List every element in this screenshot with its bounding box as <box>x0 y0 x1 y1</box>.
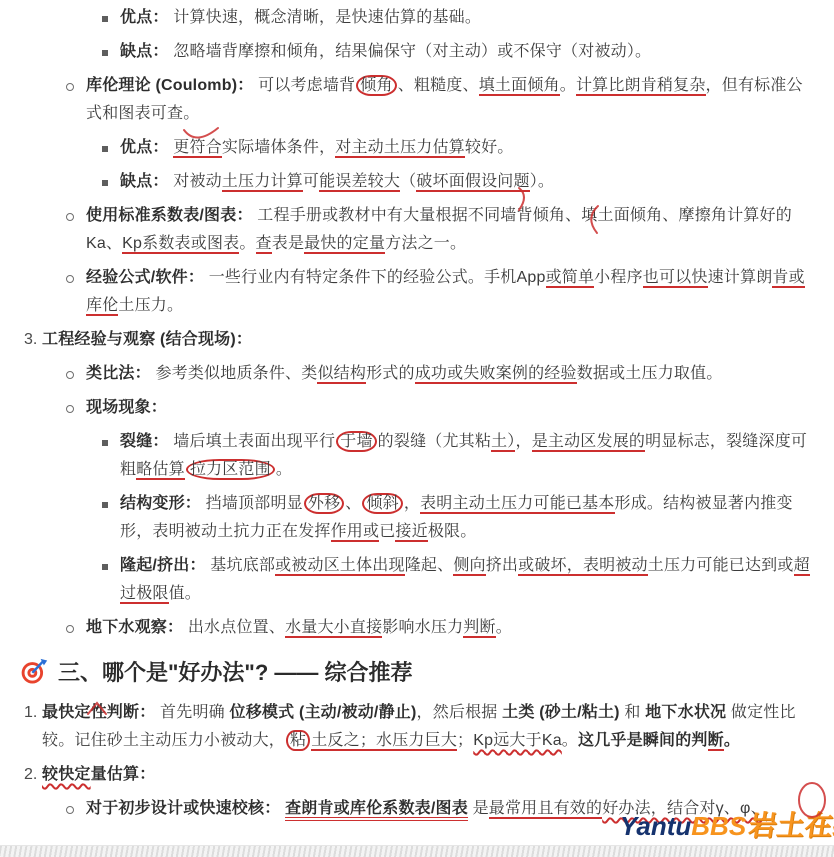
text-segment: 参考类似地质条件、类 <box>151 365 318 382</box>
text-segment: 作用或 <box>331 523 380 542</box>
circle-bullet-icon <box>66 371 74 379</box>
text-segment: 方法之一。 <box>385 235 466 252</box>
square-bullet-icon <box>102 564 108 570</box>
text-segment: 侧向 <box>453 557 485 576</box>
text-segment: 是主动区发展的 <box>532 433 645 452</box>
list-item: 3.工程经验与观察 (结合现场)： <box>0 326 834 354</box>
text-segment: 于墙 <box>336 431 376 452</box>
text-segment: 经验公式/软件： <box>86 269 204 286</box>
text-segment: 。 <box>562 732 578 749</box>
text-segment: 墙后填土表面出现平行 <box>169 433 336 450</box>
text-segment: 。 <box>560 77 576 94</box>
section-heading-text: 三、哪个是"好办法"? —— 综合推荐 <box>58 656 413 687</box>
text-segment: ， <box>515 433 531 450</box>
text-segment: 。 <box>239 235 255 252</box>
text-segment: ； <box>457 732 473 749</box>
text-segment: 形式的 <box>366 365 415 382</box>
text-segment: 结构变形： <box>120 495 201 512</box>
text-segment: ，然后根据 <box>417 704 503 721</box>
text-segment: Kp远大于Ka <box>473 732 562 749</box>
circle-bullet-icon <box>66 213 74 221</box>
list-number: 3. <box>24 326 42 354</box>
text-segment: 地下水状况 <box>645 704 726 721</box>
list-item: 使用标准系数表/图表： 工程手册或教材中有大量根据不同墙背倾角、填土面倾角、摩擦… <box>0 202 834 258</box>
text-segment: 土压力。 <box>118 297 183 314</box>
list-item: 优点： 计算快速，概念清晰，是快速估算的基础。 <box>0 4 834 32</box>
text-segment: 或破坏， <box>518 557 583 576</box>
text-segment: 、粗糙度、 <box>398 77 479 94</box>
paragraph: 缺点： 忽略墙背摩擦和倾角，结果偏保守（对主动）或不保守（对被动）。 <box>120 38 834 66</box>
text-segment: 可 <box>303 173 319 190</box>
text-segment: 。 <box>276 461 292 478</box>
square-bullet-icon <box>102 16 108 22</box>
text-segment: 使用标准系数表/图表： <box>86 207 253 224</box>
text-segment: 最快定性判断： <box>42 704 155 721</box>
list-item: 缺点： 对被动土压力计算可能误差较大（破坏面假设问题）。 <box>0 168 834 196</box>
text-segment: 可以考虑墙背 <box>253 77 355 94</box>
text-segment: 隆起/挤出： <box>120 557 206 574</box>
paragraph: 类比法： 参考类似地质条件、类似结构形式的成功或失败案例的经验数据或土压力取值。 <box>86 360 834 388</box>
list-number: 2. <box>24 761 42 789</box>
text-segment: 计算比朗肯稍复杂 <box>576 77 706 96</box>
text-segment: 是 <box>468 800 489 817</box>
text-segment: 优点： <box>120 139 169 156</box>
text-segment: 现场现象： <box>86 399 167 416</box>
text-segment: 挡墙顶部明显 <box>201 495 303 512</box>
list-item: 缺点： 忽略墙背摩擦和倾角，结果偏保守（对主动）或不保守（对被动）。 <box>0 38 834 66</box>
paragraph: 隆起/挤出： 基坑底部或被动区土体出现隆起、侧向挤出或破坏，表明被动土压力可能已… <box>120 552 834 608</box>
text-segment: 略估算 <box>136 461 185 480</box>
text-segment: 忽略墙背摩擦和倾角，结果偏保守（对主动）或不保守（对被动）。 <box>169 43 652 60</box>
text-segment: 已 <box>379 523 395 540</box>
square-bullet-icon <box>102 180 108 186</box>
text-segment: 土类 (砂土/粘土) <box>502 704 620 721</box>
text-segment: ）。 <box>530 173 554 190</box>
text-segment: 影响水压力 <box>382 619 463 636</box>
paragraph: 较快定量估算： <box>42 761 834 789</box>
text-segment: 首先明确 <box>155 704 229 721</box>
yantubbs-watermark: YantuBBS岩土在线 <box>620 804 834 844</box>
circle-bullet-icon <box>66 405 74 413</box>
text-segment: 。 <box>496 619 512 636</box>
text-segment: 和 <box>620 704 646 721</box>
text-segment: 值。 <box>169 585 201 602</box>
text-segment: 能误差较大 <box>319 173 400 192</box>
text-segment: 基坑底部 <box>206 557 275 574</box>
text-segment: 接近 <box>395 523 427 542</box>
text-segment: 更符合 <box>173 139 222 158</box>
text-segment: 最快的定量 <box>304 235 385 254</box>
section-heading: 三、哪个是"好办法"? —— 综合推荐 <box>0 656 834 687</box>
text-segment: 工程经验与观察 (结合现场)： <box>42 331 252 348</box>
text-segment: 量估算： <box>91 766 156 783</box>
text-segment: 最常用且有效的 <box>489 800 602 819</box>
paragraph: 结构变形： 挡墙顶部明显外移、倾斜，表明主动土压力可能已基本形成。结构被显著内推… <box>120 490 834 546</box>
list-item: 类比法： 参考类似地质条件、类似结构形式的成功或失败案例的经验数据或土压力取值。 <box>0 360 834 388</box>
list-number: 1. <box>24 699 42 727</box>
list-item: 结构变形： 挡墙顶部明显外移、倾斜，表明主动土压力可能已基本形成。结构被显著内推… <box>0 490 834 546</box>
text-segment: 或简单 <box>546 269 595 288</box>
text-segment: 土） <box>491 433 515 452</box>
text-segment: Kp系数表或图表 <box>122 235 239 254</box>
text-segment: 类比法： <box>86 365 151 382</box>
bottom-stripe-band <box>0 845 834 857</box>
dart-target-icon <box>20 658 48 686</box>
text-segment: 。 <box>724 732 740 749</box>
text-segment: 表明被动 <box>583 557 648 576</box>
text-segment: 水压力巨大 <box>376 732 457 751</box>
list-item: 优点： 更符合实际墙体条件，对主动土压力估算较好。 <box>0 134 834 162</box>
text-segment: 较快定 <box>42 766 91 783</box>
circle-bullet-icon <box>66 275 74 283</box>
text-segment: 挤出 <box>486 557 518 574</box>
text-segment: 较好。 <box>465 139 514 156</box>
text-segment: 位移模式 (主动/被动/静止) <box>230 704 417 721</box>
watermark-cn: 岩土在线 <box>746 804 834 844</box>
text-segment: 的裂缝（尤其粘 <box>378 433 491 450</box>
text-segment: 土压力可能已达到或 <box>648 557 794 574</box>
circle-bullet-icon <box>66 625 74 633</box>
paragraph: 工程经验与观察 (结合现场)： <box>42 326 834 354</box>
text-segment: 一些行业内有特定条件下的经验公式。手机App <box>204 269 546 286</box>
text-segment: 查朗肯或库伦系数表/图表 <box>285 800 468 821</box>
text-segment: 这几乎是瞬间的判 <box>578 732 708 749</box>
watermark-yantu: Yantu <box>620 811 691 842</box>
text-segment: 成功或失败案例的经验 <box>415 365 577 384</box>
text-segment: 土反之； <box>311 732 376 751</box>
text-segment: 表是 <box>272 235 304 252</box>
text-segment: 优点： <box>120 9 169 26</box>
list-item: 经验公式/软件： 一些行业内有特定条件下的经验公式。手机App或简单小程序也可以… <box>0 264 834 320</box>
text-segment: 数据或土压力取值。 <box>577 365 723 382</box>
paragraph: 经验公式/软件： 一些行业内有特定条件下的经验公式。手机App或简单小程序也可以… <box>86 264 834 320</box>
square-bullet-icon <box>102 146 108 152</box>
text-segment: 对于初步设计或快速校核： <box>86 800 280 817</box>
text-segment: 填土面倾角 <box>479 77 560 96</box>
document-body: 优点： 计算快速，概念清晰，是快速估算的基础。缺点： 忽略墙背摩擦和倾角，结果偏… <box>0 4 834 829</box>
text-segment: 倾角 <box>356 75 396 96</box>
paragraph: 缺点： 对被动土压力计算可能误差较大（破坏面假设问题）。 <box>120 168 834 196</box>
text-segment: 破坏面假设问题 <box>416 173 529 192</box>
list-item: 库伦理论 (Coulomb)： 可以考虑墙背倾角、粗糙度、填土面倾角。计算比朗肯… <box>0 72 834 128</box>
text-segment: 对主动土压力估算 <box>335 139 465 158</box>
text-segment: 似结构 <box>317 365 366 384</box>
text-segment: 土压力计算 <box>222 173 303 192</box>
text-segment: （ <box>400 173 416 190</box>
text-segment: 缺点： <box>120 43 169 60</box>
circle-bullet-icon <box>66 83 74 91</box>
text-segment: 表明主动土压力可能已基本 <box>420 495 614 514</box>
paragraph: 裂缝： 墙后填土表面出现平行于墙的裂缝（尤其粘土），是主动区发展的明显标志，裂缝… <box>120 428 834 484</box>
text-segment: 也可以快 <box>643 269 708 288</box>
text-segment: 极限。 <box>428 523 477 540</box>
text-segment: 缺点： <box>120 173 169 190</box>
square-bullet-icon <box>102 50 108 56</box>
paragraph: 现场现象： <box>86 394 834 422</box>
text-segment: 粘 <box>286 730 310 751</box>
text-segment: 小程序 <box>594 269 643 286</box>
text-segment: 对被动 <box>169 173 222 190</box>
paragraph: 地下水观察： 出水点位置、水量大小直接影响水压力判断。 <box>86 614 834 642</box>
text-segment: 实际墙体条件， <box>222 139 335 156</box>
text-segment: 地下水观察： <box>86 619 183 636</box>
text-segment: 水量大小直接 <box>285 619 382 638</box>
paragraph: 使用标准系数表/图表： 工程手册或教材中有大量根据不同墙背倾角、填土面倾角、摩擦… <box>86 202 834 258</box>
square-bullet-icon <box>102 502 108 508</box>
paragraph: 优点： 计算快速，概念清晰，是快速估算的基础。 <box>120 4 834 32</box>
paragraph: 库伦理论 (Coulomb)： 可以考虑墙背倾角、粗糙度、填土面倾角。计算比朗肯… <box>86 72 834 128</box>
square-bullet-icon <box>102 440 108 446</box>
text-segment: 查 <box>256 235 272 254</box>
text-segment: ， <box>404 495 420 512</box>
paragraph: 最快定性判断： 首先明确 位移模式 (主动/被动/静止)，然后根据 土类 (砂土… <box>42 699 834 755</box>
text-segment: 隆起、 <box>405 557 454 574</box>
text-segment: 倾斜 <box>362 493 402 514</box>
text-segment: 外移 <box>304 493 344 514</box>
text-segment: 出水点位置、 <box>183 619 285 636</box>
text-segment: 判断 <box>463 619 495 638</box>
text-segment: 计算快速，概念清晰，是快速估算的基础。 <box>169 9 481 26</box>
list-item: 2.较快定量估算： <box>0 761 834 789</box>
paragraph: 优点： 更符合实际墙体条件，对主动土压力估算较好。 <box>120 134 834 162</box>
list-item: 隆起/挤出： 基坑底部或被动区土体出现隆起、侧向挤出或破坏，表明被动土压力可能已… <box>0 552 834 608</box>
circle-bullet-icon <box>66 806 74 814</box>
text-segment: 速计算朗 <box>708 269 773 286</box>
text-segment: 库伦理论 (Coulomb)： <box>86 77 253 94</box>
list-item: 1.最快定性判断： 首先明确 位移模式 (主动/被动/静止)，然后根据 土类 (… <box>0 699 834 755</box>
list-item: 现场现象： <box>0 394 834 422</box>
text-segment: 拉力区范围 <box>186 459 275 480</box>
text-segment: 断 <box>708 732 724 751</box>
list-item: 裂缝： 墙后填土表面出现平行于墙的裂缝（尤其粘土），是主动区发展的明显标志，裂缝… <box>0 428 834 484</box>
text-segment: 裂缝： <box>120 433 169 450</box>
text-segment: 、 <box>345 495 361 512</box>
text-segment: 或被动区土体出现 <box>275 557 405 576</box>
watermark-bbs: BBS <box>691 811 746 842</box>
list-item: 地下水观察： 出水点位置、水量大小直接影响水压力判断。 <box>0 614 834 642</box>
